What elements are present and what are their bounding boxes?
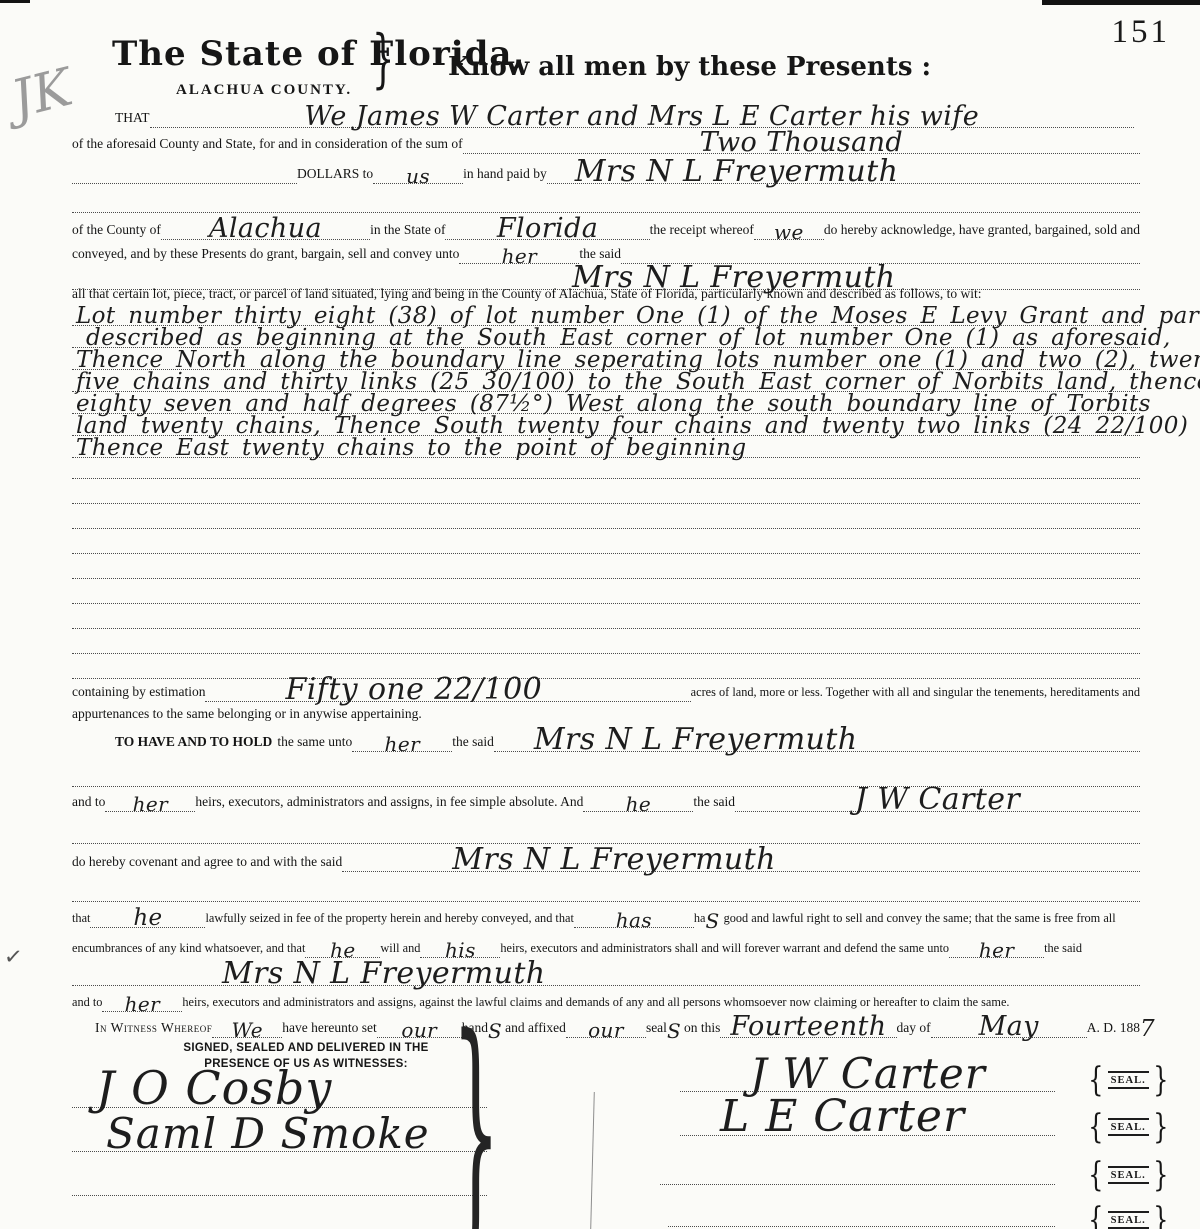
blank-rule — [72, 503, 1140, 504]
year-handwriting: 7 — [1140, 1019, 1155, 1040]
description-line: Thence East twenty chains to the point o… — [72, 428, 1140, 458]
on-this-label: on this — [681, 1020, 720, 1038]
grantee-handwriting: Mrs N L Freyermuth — [534, 726, 858, 753]
witness-signature-line: Saml D Smoke — [72, 1112, 487, 1152]
her-handwriting: her — [385, 735, 420, 753]
witness-signature-handwriting: J O Cosby — [96, 1068, 332, 1109]
seal-text: SEAL. — [1108, 1118, 1149, 1136]
us-handwriting: us — [406, 167, 430, 185]
blank-rule — [72, 528, 1140, 529]
seal-brace-left: { — [1088, 1203, 1103, 1229]
seal-brace-right: } — [1153, 1110, 1168, 1144]
header-brace: } — [372, 22, 394, 96]
and-to-label: and to — [72, 794, 105, 812]
our-handwriting: our — [401, 1021, 437, 1039]
set-label: have hereunto set — [282, 1020, 376, 1038]
seal-brace-right: } — [1153, 1203, 1168, 1229]
blank-rule — [72, 603, 1140, 604]
witness-signature-line: J O Cosby — [72, 1068, 487, 1108]
witness-clause-line: In Witness Whereof We have hereunto set … — [95, 1002, 1155, 1038]
to-have-label: TO HAVE AND TO HOLD — [115, 734, 272, 752]
blank-signature-rule — [668, 1226, 1055, 1227]
witness-heading-line1: SIGNED, SEALED AND DELIVERED IN THE — [146, 1042, 466, 1054]
scan-artifact-top-left — [0, 0, 30, 3]
deed-document-page: 151 JK ✓ The State of Florida, ALACHUA C… — [0, 0, 1200, 1229]
grantee-handwriting: Mrs N L Freyermuth — [575, 158, 899, 185]
seal-text: SEAL. — [1108, 1071, 1149, 1089]
the-said-label: the said — [452, 734, 494, 752]
seal-text: SEAL. — [1108, 1211, 1149, 1229]
seal-stamp-3: { SEAL. } — [1085, 1158, 1171, 1192]
blank-rule — [72, 553, 1140, 554]
paid-by-line: DOLLARS to us in hand paid by Mrs N L Fr… — [72, 148, 1140, 184]
blank-rule — [72, 628, 1140, 629]
heirs-text: heirs, executors, administrators and ass… — [195, 794, 583, 812]
seal-brace-left: { — [1088, 1158, 1103, 1192]
her-handwriting: her — [133, 795, 168, 813]
covenant-line: do hereby covenant and agree to and with… — [72, 836, 1140, 872]
dollars-to-label: DOLLARS to — [297, 166, 373, 184]
margin-check-mark: ✓ — [3, 943, 24, 971]
scan-stray-line — [590, 1092, 595, 1229]
blank-rule — [72, 578, 1140, 579]
ad-label: A. D. 188 — [1087, 1020, 1140, 1038]
fee-simple-line: and to her heirs, executors, administrat… — [72, 776, 1140, 812]
s-handwriting: S — [667, 1022, 681, 1040]
day-handwriting: Fourteenth — [730, 1015, 886, 1039]
seal-label: seal — [646, 1020, 667, 1038]
grantor-signature-handwriting: L E Carter — [720, 1097, 965, 1137]
witness-block-brace: } — [452, 1034, 500, 1229]
our-handwriting: our — [588, 1021, 624, 1039]
seal-brace-left: { — [1088, 1063, 1103, 1097]
the-said-label: the said — [693, 794, 735, 812]
blank-rule — [72, 653, 1140, 654]
in-hand-label: in hand paid by — [463, 166, 547, 184]
seal-brace-left: { — [1088, 1110, 1103, 1144]
witness-signature-handwriting: Saml D Smoke — [106, 1115, 430, 1153]
habendum-line: TO HAVE AND TO HOLD the same unto her th… — [115, 716, 1140, 752]
we-handwriting: We — [231, 1021, 263, 1039]
seal-stamp-1: { SEAL. } — [1085, 1063, 1171, 1097]
affixed-label: and affixed — [502, 1020, 566, 1038]
grantor-signature-line: J W Carter — [680, 1050, 1055, 1092]
page-number: 151 — [1112, 14, 1171, 51]
seal-text: SEAL. — [1108, 1166, 1149, 1184]
seal-brace-right: } — [1153, 1158, 1168, 1192]
grantee-handwriting: Mrs N L Freyermuth — [452, 846, 776, 873]
corner-pencil-mark: JK — [6, 58, 78, 131]
presents-heading: Know all men by these Presents : — [448, 52, 931, 82]
same-unto-label: the same unto — [272, 734, 352, 752]
scan-artifact-top-right — [1042, 0, 1200, 5]
grantor-signature-handwriting: J W Carter — [855, 786, 1020, 813]
blank-rule — [72, 478, 1140, 479]
he-handwriting: he — [626, 795, 652, 813]
description-handwriting: Thence East twenty chains to the point o… — [76, 438, 747, 459]
blank-signature-rule — [72, 1195, 487, 1196]
seal-brace-right: } — [1153, 1063, 1168, 1097]
month-handwriting: May — [979, 1015, 1039, 1039]
covenant-label: do hereby covenant and agree to and with… — [72, 854, 342, 872]
in-witness-label: In Witness Whereof — [95, 1020, 212, 1038]
day-of-label: day of — [897, 1020, 931, 1038]
blank-signature-rule — [660, 1184, 1055, 1185]
seal-stamp-4: { SEAL. } — [1085, 1203, 1171, 1229]
seal-stamp-2: { SEAL. } — [1085, 1110, 1171, 1144]
grantor-signature-handwriting: J W Carter — [750, 1055, 986, 1093]
grantor-signature-line: L E Carter — [680, 1094, 1055, 1136]
